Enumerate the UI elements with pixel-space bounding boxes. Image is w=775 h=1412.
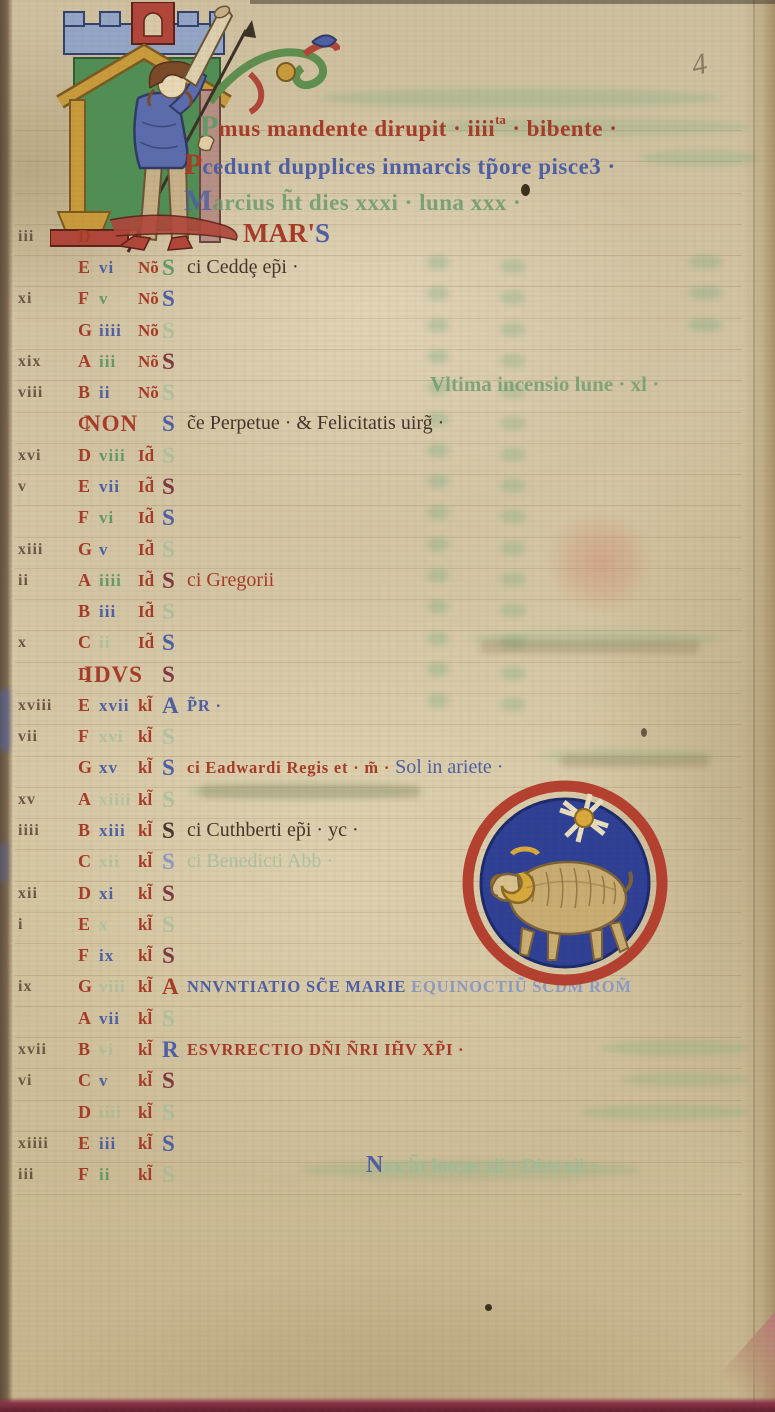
feast-entry: c̃e Perpetue · & Felicitatis uirg̃ ·	[187, 408, 444, 439]
dominical-letter: F	[78, 502, 89, 533]
sanctus-initial: S	[162, 440, 175, 471]
dominical-letter: F	[78, 721, 89, 752]
roman-count: v	[99, 1065, 109, 1096]
dominical-letter: F	[78, 940, 89, 971]
abbrev-non: NON	[84, 408, 138, 439]
ink-speck-2	[485, 1304, 492, 1311]
sanctus-initial: S	[162, 1128, 175, 1159]
dominical-letter: D	[78, 1097, 91, 1128]
roman-count: iiii	[99, 565, 122, 596]
dominical-letter: G	[78, 315, 92, 346]
dominical-letter: G	[78, 534, 92, 565]
golden-number: xix	[18, 346, 41, 377]
verse2-initial: P	[184, 148, 202, 181]
roman-count: xi	[99, 878, 114, 909]
sanctus-initial: S	[162, 909, 175, 940]
sanctus-initial: S	[162, 940, 175, 971]
sanctus-initial: S	[162, 471, 175, 502]
calendar-row-mar-11: xiiiGvId̃S	[0, 534, 775, 565]
golden-number: xvii	[18, 1034, 47, 1065]
sanctus-initial: S	[162, 377, 175, 408]
dominical-letter: F	[78, 283, 89, 314]
roman-count: xii	[99, 846, 120, 877]
sanctus-initial: S	[162, 784, 175, 815]
month-line-initial: M	[184, 184, 212, 217]
golden-number: xiii	[18, 534, 43, 565]
abbrev: kl̃	[138, 1159, 152, 1190]
feast-entry: ci Benedicti Abb ·	[187, 846, 333, 877]
ink-speck-1	[521, 184, 530, 196]
roman-count: xvii	[99, 690, 129, 721]
abbrev: Id̃	[138, 534, 154, 565]
calendar-row-mar-12: iiAiiiiId̃Sci Gregorii	[0, 565, 775, 596]
abbrev: kl̃	[138, 721, 152, 752]
sanctus-initial: S	[162, 721, 175, 752]
abbrev: Id̃	[138, 440, 154, 471]
abbrev: kl̃	[138, 1128, 152, 1159]
sanctus-initial: S	[162, 346, 175, 377]
page-right-edge	[741, 0, 775, 1412]
calendar-row-mar-18: Gxvkl̃Sci Eadwardi Regis et · m̃ · Sol i…	[0, 752, 775, 783]
dominical-letter: D	[78, 440, 91, 471]
golden-number: iii	[18, 1159, 34, 1190]
sanctus-initial: R	[162, 1034, 179, 1065]
sanctus-initial: A	[162, 971, 179, 1002]
abbrev: Nõ	[138, 346, 159, 377]
abbrev: kl̃	[138, 940, 152, 971]
sanctus-initial: S	[162, 1097, 175, 1128]
roman-count: ii	[99, 377, 110, 408]
roman-count: iii	[99, 596, 116, 627]
sanctus-initial: S	[162, 283, 175, 314]
dominical-letter: D	[78, 221, 91, 252]
golden-number: vii	[18, 721, 38, 752]
roman-count: ix	[99, 940, 114, 971]
roman-count: vi	[99, 1034, 114, 1065]
dominical-letter: B	[78, 596, 90, 627]
calendar-row-mar-10: FviId̃S	[0, 502, 775, 533]
foliate-flourish	[210, 35, 338, 112]
calendar-row-mar-1: iiiD	[0, 221, 775, 252]
abbrev: Nõ	[138, 377, 159, 408]
sanctus-initial: S	[162, 408, 175, 439]
feast-entry: ci Gregorii	[187, 565, 274, 596]
feast-segment: ci Ceddȩ ep̃i ·	[187, 256, 299, 278]
ink-speck-3	[641, 728, 647, 737]
calendar-row-mar-28: viCvkl̃S	[0, 1065, 775, 1096]
roman-count: viii	[99, 440, 126, 471]
dominical-letter: B	[78, 815, 90, 846]
feast-segment: P̃R ·	[187, 696, 222, 715]
page-crease	[753, 0, 755, 1412]
abbrev: kl̃	[138, 1034, 152, 1065]
feast-segment: ci Gregorii	[187, 569, 274, 591]
sanctus-initial: S	[162, 534, 175, 565]
roman-count: iii	[99, 346, 116, 377]
feast-segment: ci Eadwardi Regis et · m̃ ·	[187, 758, 395, 777]
golden-number: iii	[18, 221, 34, 252]
golden-number: xiiii	[18, 1128, 49, 1159]
dominical-letter: B	[78, 377, 90, 408]
abbrev: Nõ	[138, 315, 159, 346]
dominical-letter: A	[78, 1003, 91, 1034]
roman-count: vii	[99, 471, 120, 502]
calendar-row-mar-7: CNONSc̃e Perpetue · & Felicitatis uirg̃ …	[0, 408, 775, 439]
dominical-letter: C	[78, 846, 91, 877]
feast-segment: Sol in ariete ·	[395, 756, 503, 778]
abbrev: kl̃	[138, 1003, 152, 1034]
sanctus-initial: S	[162, 565, 175, 596]
golden-number: iiii	[18, 815, 40, 846]
pigment-smudge-blue-1	[0, 688, 9, 752]
calendar-row-mar-2: EviNõSci Ceddȩ ep̃i ·	[0, 252, 775, 283]
manuscript-page: Pmus mandente dirupit · iiiita · bibente…	[0, 0, 775, 1412]
roman-count: x	[99, 909, 109, 940]
abbrev: kl̃	[138, 878, 152, 909]
abbrev: Id̃	[138, 596, 154, 627]
golden-number: xii	[18, 878, 38, 909]
dominical-letter: D	[78, 878, 91, 909]
dominical-letter: A	[78, 565, 91, 596]
calendar-row-mar-8: xviDviiiId̃S	[0, 440, 775, 471]
dominical-letter: A	[78, 346, 91, 377]
roman-count: vi	[99, 502, 114, 533]
sanctus-initial: S	[162, 1065, 175, 1096]
dominical-letter: G	[78, 752, 92, 783]
calendar-row-mar-4: GiiiiNõS	[0, 315, 775, 346]
calendar-row-mar-9: vEviiId̃S	[0, 471, 775, 502]
feast-entry: ci Eadwardi Regis et · m̃ · Sol in ariet…	[187, 752, 503, 783]
header-verse-2: Pcedunt dupplices inmarcis tp̃ore pisce3…	[184, 148, 616, 182]
page-top-edge	[250, 0, 775, 4]
calendar-row-mar-3: xiFvNõS	[0, 283, 775, 314]
feast-entry: ci Ceddȩ ep̃i ·	[187, 252, 299, 283]
sanctus-initial: S	[162, 596, 175, 627]
nox-initial: N	[366, 1152, 383, 1178]
abbrev: kl̃	[138, 846, 152, 877]
roman-count: xvi	[99, 721, 124, 752]
dominical-letter: E	[78, 471, 90, 502]
golden-number: ix	[18, 971, 32, 1002]
pigment-smudge-blue-2	[0, 842, 7, 882]
roman-count: xv	[99, 752, 118, 783]
abbrev: kl̃	[138, 1065, 152, 1096]
sanctus-initial: S	[162, 846, 175, 877]
roman-count: vii	[99, 1003, 120, 1034]
golden-number: xviii	[18, 690, 52, 721]
corner-curl	[695, 1312, 775, 1402]
roman-count: xiii	[99, 815, 126, 846]
roman-count: v	[99, 534, 109, 565]
binding-edge	[0, 1397, 775, 1412]
roman-count: iiii	[99, 1097, 122, 1128]
sanctus-initial: S	[162, 878, 175, 909]
calendar-row-mar-26: Aviikl̃S	[0, 1003, 775, 1034]
abbrev: Id̃	[138, 471, 154, 502]
roman-count: v	[99, 283, 109, 314]
abbrev: kl̃	[138, 909, 152, 940]
calendar-row-mar-14: xCiiId̃S	[0, 627, 775, 658]
dominical-letter: E	[78, 1128, 90, 1159]
golden-number: xv	[18, 784, 36, 815]
header-month-line: Marcius h̃t dies xxxi · luna xxx ·	[184, 184, 521, 218]
sanctus-initial: S	[162, 1159, 175, 1190]
sanctus-initial: S	[162, 815, 175, 846]
calendar-row-mar-29: Diiiikl̃S	[0, 1097, 775, 1128]
roman-count: iii	[99, 1128, 116, 1159]
calendar-row-mar-16: xviiiExviikl̃AP̃R ·	[0, 690, 775, 721]
feast-segment: ci Cuthberti ep̃i · yc ·	[187, 819, 359, 841]
sanctus-initial: S	[162, 315, 175, 346]
golden-number: xi	[18, 283, 32, 314]
roman-count: ii	[99, 1159, 110, 1190]
dominical-letter: C	[78, 1065, 91, 1096]
header-verse-1: Pmus mandente dirupit · iiiita · bibente…	[200, 110, 617, 144]
abbrev: Nõ	[138, 252, 159, 283]
feast-segment: ESVRRECTIO DÑI ÑRI IH̃V XP̃I ·	[187, 1040, 464, 1059]
verse1-initial: P	[200, 110, 218, 143]
roman-count: vi	[99, 252, 114, 283]
roman-count: iiii	[99, 315, 122, 346]
golden-number: i	[18, 909, 23, 940]
golden-number: x	[18, 627, 27, 658]
dominical-letter: F	[78, 1159, 89, 1190]
roman-count: viii	[99, 971, 126, 1002]
abbrev: kl̃	[138, 690, 152, 721]
feast-entry: ESVRRECTIO DÑI ÑRI IH̃V XP̃I ·	[187, 1034, 464, 1065]
dominical-letter: E	[78, 909, 90, 940]
roman-count: ii	[99, 627, 110, 658]
verse1-superscript: ta	[495, 112, 506, 127]
abbrev: Nõ	[138, 283, 159, 314]
abbrev: kl̃	[138, 752, 152, 783]
feast-segment: ci Benedicti Abb ·	[187, 850, 333, 872]
lune-note: Vltima incensio lune · xl ·	[430, 372, 659, 397]
abbrev-idvs: IDVS	[84, 659, 143, 690]
calendar-row-mar-27: xviiBvikl̃RESVRRECTIO DÑI ÑRI IH̃V XP̃I …	[0, 1034, 775, 1065]
sanctus-initial: A	[162, 690, 179, 721]
sanctus-initial: S	[162, 1003, 175, 1034]
dominical-letter: E	[78, 252, 90, 283]
calendar-row-mar-13: BiiiId̃S	[0, 596, 775, 627]
abbrev: Id̃	[138, 502, 154, 533]
feast-entry: ci Cuthberti ep̃i · yc ·	[187, 815, 359, 846]
sanctus-initial: S	[162, 502, 175, 533]
dominical-letter: E	[78, 690, 90, 721]
abbrev: kl̃	[138, 784, 152, 815]
dominical-letter: C	[78, 627, 91, 658]
sanctus-initial: S	[162, 752, 175, 783]
roman-count: xiiii	[99, 784, 131, 815]
abbrev: kl̃	[138, 1097, 152, 1128]
feast-segment: NNVNTIATIO SC̃E MARIE	[187, 977, 411, 996]
dominical-letter: B	[78, 1034, 90, 1065]
folio-number: 4	[689, 47, 711, 83]
show-through-blob	[320, 88, 720, 108]
dominical-letter: G	[78, 971, 92, 1002]
golden-number: viii	[18, 377, 43, 408]
golden-number: vi	[18, 1065, 32, 1096]
feast-segment: c̃e Perpetue · & Felicitatis uirg̃ ·	[187, 412, 444, 434]
nox-note: Nox h̃t horas xii · Dies xii ·	[366, 1152, 596, 1179]
ruled-line	[15, 1194, 742, 1195]
sanctus-initial: S	[162, 627, 175, 658]
aries-medallion	[462, 780, 668, 986]
calendar-row-mar-15: DIDVSS	[0, 659, 775, 690]
golden-number: ii	[18, 565, 29, 596]
abbrev: Id̃	[138, 565, 154, 596]
sanctus-initial: S	[162, 659, 175, 690]
feast-entry: P̃R ·	[187, 690, 222, 721]
dominical-letter: A	[78, 784, 91, 815]
golden-number: xvi	[18, 440, 41, 471]
sanctus-initial: S	[162, 252, 175, 283]
abbrev: kl̃	[138, 971, 152, 1002]
golden-number: v	[18, 471, 27, 502]
abbrev: Id̃	[138, 627, 154, 658]
calendar-row-mar-17: viiFxvikl̃S	[0, 721, 775, 752]
abbrev: kl̃	[138, 815, 152, 846]
